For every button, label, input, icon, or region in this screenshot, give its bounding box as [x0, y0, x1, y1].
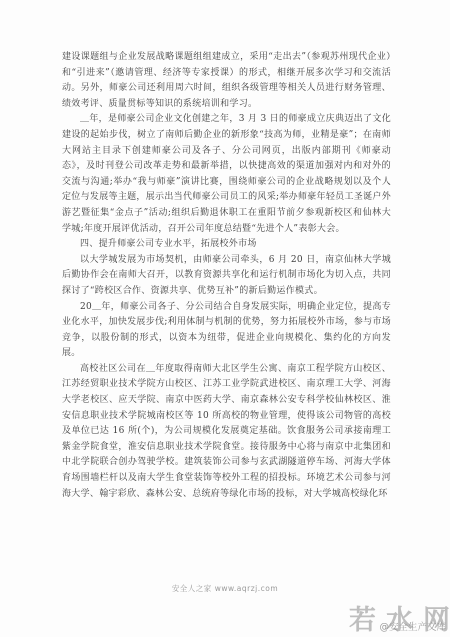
footer-site-label: 安全人之家 www.aqrzj.com [0, 583, 450, 594]
paragraph: 以大学城发展为市场契机，由师豪公司牵头，6 月 20 日，南京仙林大学城后勤协作… [62, 253, 391, 300]
paragraph: 建设课题组与企业发展战略课题组组建成立，采用“走出去”（参观苏州现代企业）和“引… [62, 50, 391, 112]
document-body: 建设课题组与企业发展战略课题组组建成立，采用“走出去”（参观苏州现代企业）和“引… [62, 50, 391, 502]
watermark-big-text: 若水网 [349, 598, 450, 637]
paragraph: 四、提升师豪公司专业水平，拓展校外市场 [62, 237, 391, 253]
document-page: 建设课题组与企业发展战略课题组组建成立，采用“走出去”（参观苏州现代企业）和“引… [0, 0, 450, 637]
watermark-small-text: @安全生产文库 [379, 619, 446, 633]
paragraph: ＿年，是师豪公司企业文化创建之年，3 月 3 日的师豪成立庆典迈出了文化建设的起… [62, 112, 391, 237]
paragraph: 20＿年，师豪公司各子、分公司结合自身发展实际，明确企业定位，提高专业化水平，加… [62, 300, 391, 362]
watermark: 若水网 @安全生产文库 [330, 597, 450, 637]
paragraph: 高校社区公司在＿年度取得南师大北区学生公寓、南京工程学院方山校区、江苏经贸职业技… [62, 362, 391, 502]
